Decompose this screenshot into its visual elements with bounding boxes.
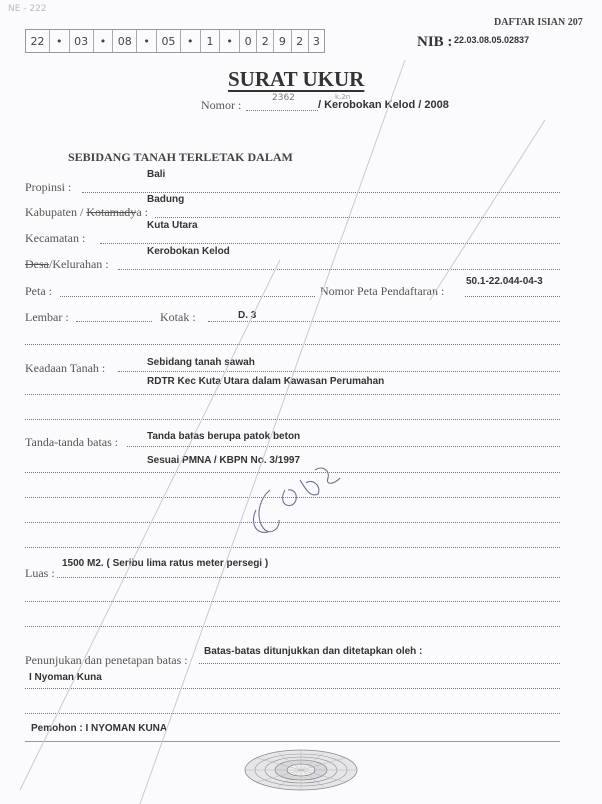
id-digit-box: 2 (292, 30, 309, 52)
id-separator: • (50, 30, 70, 52)
id-digit-box: 2 (257, 30, 274, 52)
keadaan-tanah-label: Keadaan Tanah : (25, 361, 105, 376)
luas-value: 1500 M2. ( Seribu lima ratus meter perse… (62, 558, 268, 569)
propinsi-value: Bali (147, 169, 165, 180)
id-digit-box: 3 (309, 30, 324, 52)
luas-label: Luas : (25, 566, 55, 581)
land-id-boxes: 22•03•08•05•1•02923 (25, 29, 325, 53)
propinsi-label: Propinsi : (25, 180, 71, 195)
keadaan-tanah-line-1: Sebidang tanah sawah (147, 357, 255, 368)
kotak-label: Kotak : (160, 310, 196, 325)
tanda-batas-label: Tanda-tanda batas : (25, 435, 118, 450)
kotak-value: D. 3 (238, 310, 256, 321)
id-digit-box: 08 (113, 30, 137, 52)
id-digit-box: 22 (26, 30, 50, 52)
lembar-label: Lembar : (25, 310, 69, 325)
id-digit-box: 05 (157, 30, 181, 52)
nomor-peta-label: Nomor Peta Pendaftaran : (320, 284, 444, 299)
id-digit-box: 03 (70, 30, 94, 52)
kecamatan-value: Kuta Utara (147, 220, 198, 231)
penunjukan-value: Batas-batas ditunjukkan dan ditetapkan o… (204, 646, 422, 657)
id-digit-box: 1 (201, 30, 221, 52)
section-heading: SEBIDANG TANAH TERLETAK DALAM (68, 150, 293, 165)
kabupaten-label: Kabupaten / Kotamadya : (25, 205, 148, 220)
tanda-batas-line-1: Tanda batas berupa patok beton (147, 431, 300, 442)
nib-label: NIB : (417, 34, 452, 51)
desa-label: Desa/Kelurahan : (25, 257, 109, 272)
nomor-label: Nomor : (201, 98, 241, 113)
kecamatan-label: Kecamatan : (25, 231, 85, 246)
peta-label: Peta : (25, 284, 52, 299)
penunjukan-name: I Nyoman Kuna (29, 672, 102, 683)
nomor-suffix: / Kerobokan Kelod / 2008 (318, 99, 449, 111)
id-separator: • (220, 30, 240, 52)
nib-value: 22.03.08.05.02837 (454, 35, 529, 45)
id-separator: • (94, 30, 114, 52)
id-separator: • (181, 30, 201, 52)
tanda-batas-line-2: Sesuai PMNA / KBPN No. 3/1997 (147, 455, 300, 466)
form-code: DAFTAR ISIAN 207 (494, 17, 583, 28)
pemohon-rule (25, 741, 560, 742)
penunjukan-label: Penunjukan dan penetapan batas : (25, 653, 188, 668)
id-digit-box: 9 (274, 30, 291, 52)
handwritten-note: NE - 222 (8, 4, 47, 14)
pemohon-label: Pemohon : I NYOMAN KUNA (31, 723, 167, 734)
id-separator: • (137, 30, 157, 52)
page-title: SURAT UKUR (228, 67, 364, 92)
desa-value: Kerobokan Kelod (147, 246, 230, 257)
nomor-handwritten: 2362 (272, 93, 295, 103)
keadaan-tanah-line-2: RDTR Kec Kuta Utara dalam Kawasan Peruma… (147, 376, 384, 387)
kabupaten-value: Badung (147, 194, 184, 205)
nomor-peta-value: 50.1-22.044-04-3 (466, 276, 543, 287)
guilloche-ornament (245, 750, 357, 790)
id-digit-box: 0 (240, 30, 257, 52)
